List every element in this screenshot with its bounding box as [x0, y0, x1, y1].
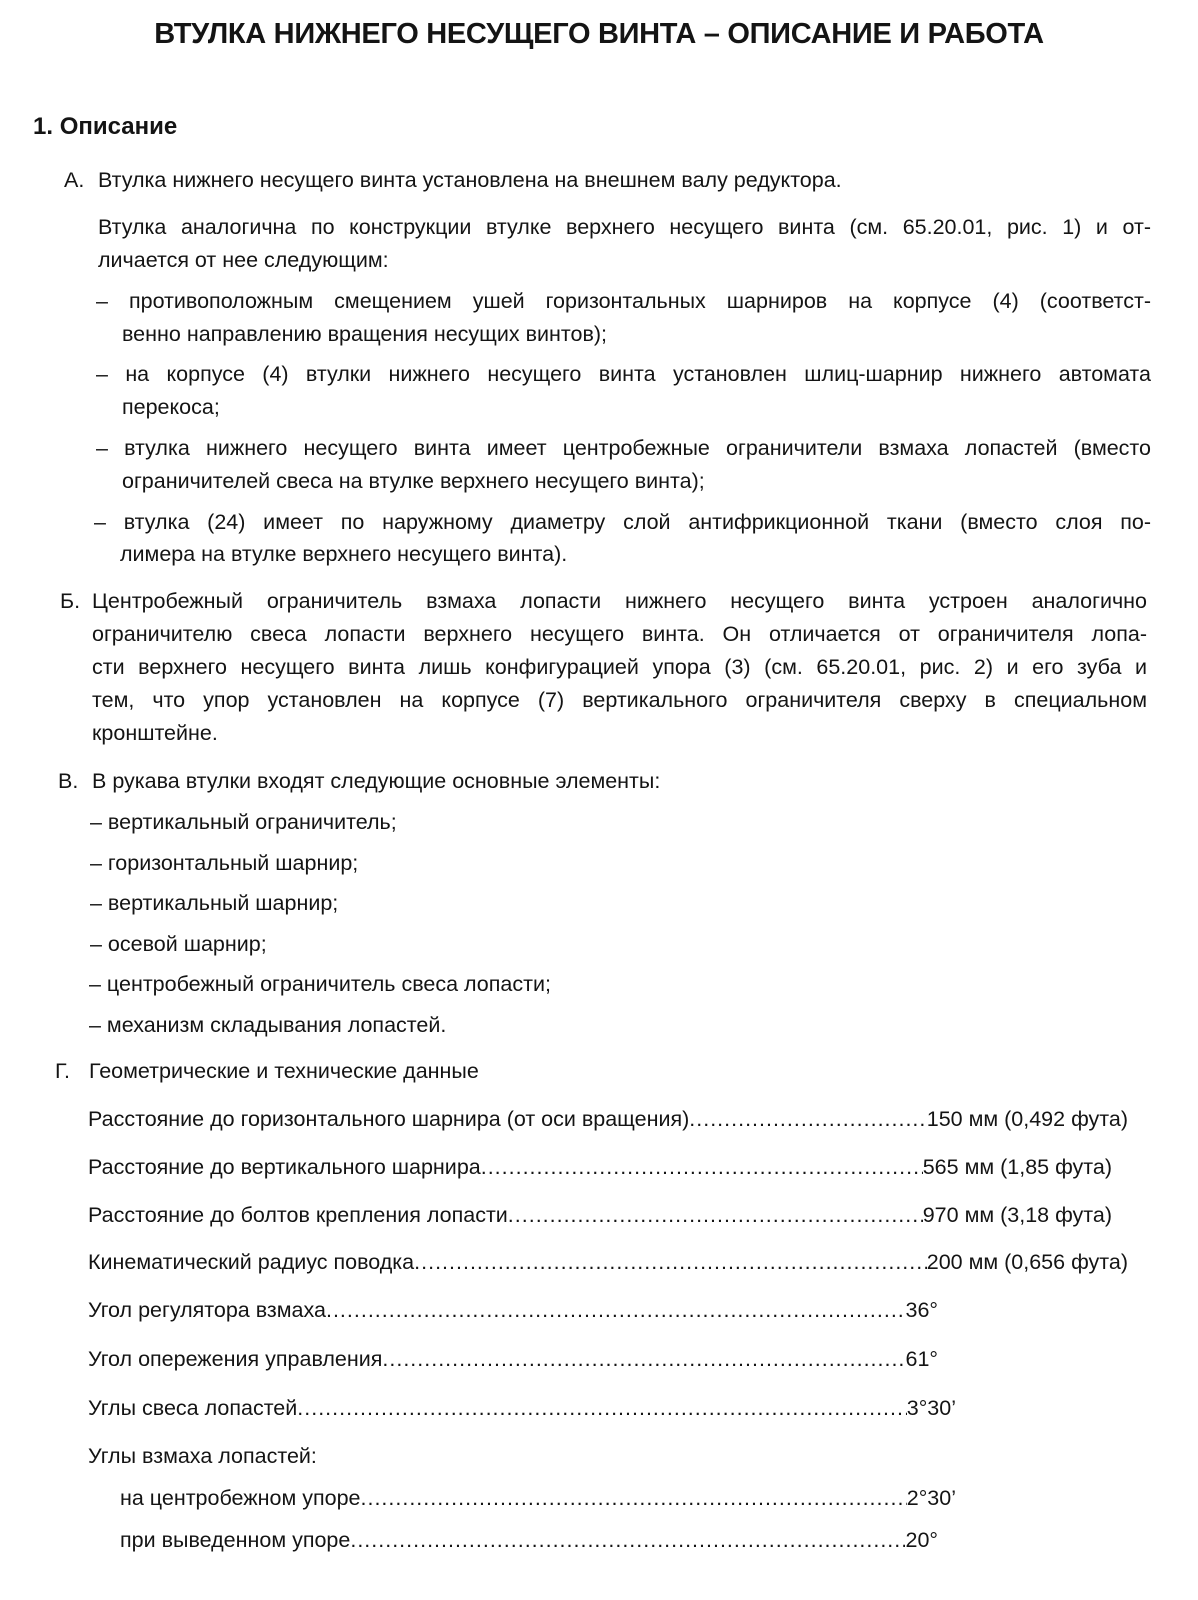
- leader-dots: [326, 1297, 906, 1323]
- list-item-cont: перекоса;: [122, 394, 220, 420]
- paragraph-line: Центробежный ограничитель взмаха лопасти…: [92, 588, 1147, 614]
- spec-value: 36°: [905, 1297, 938, 1323]
- spec-value: 3°30’: [907, 1395, 956, 1421]
- spec-row: Угол регулятора взмаха36°: [88, 1297, 938, 1323]
- paragraph-line: кронштейне.: [92, 720, 218, 746]
- list-item-cont: лимера на втулке верхнего несущего винта…: [120, 541, 567, 567]
- item-g-text: Геометрические и технические данные: [89, 1059, 479, 1083]
- spec-row: Расстояние до болтов крепления лопасти 9…: [88, 1202, 1112, 1228]
- spec-row: Углы свеса лопастей 3°30’: [88, 1395, 956, 1421]
- spec-label: Угол опережения управления: [88, 1346, 382, 1372]
- leader-dots: [382, 1346, 905, 1372]
- list-item-cont: венно направлению вращения несущих винто…: [122, 321, 607, 347]
- item-v-text: В рукава втулки входят следующие основны…: [92, 769, 660, 793]
- spec-row: Кинематический радиус поводка 200 мм (0,…: [88, 1249, 1128, 1275]
- spec-row: при выведенном упоре 20°: [120, 1527, 938, 1553]
- spec-value: 2°30’: [907, 1485, 956, 1511]
- list-item: – горизонтальный шарнир;: [90, 850, 358, 876]
- paragraph-line: тем, что упор установлен на корпусе (7) …: [92, 687, 1147, 713]
- list-item: – на корпусе (4) втулки нижнего несущего…: [96, 361, 1151, 387]
- section-title: Описание: [60, 113, 178, 140]
- list-item: – втулка (24) имеет по наружному диаметр…: [94, 509, 1151, 535]
- spec-value: 565 мм (1,85 фута): [923, 1154, 1112, 1180]
- list-item-cont: ограничителей свеса на втулке верхнего н…: [122, 468, 705, 494]
- spec-row: на центробежном упоре 2°30’: [120, 1485, 956, 1511]
- item-a-line: А.Втулка нижнего несущего винта установл…: [64, 167, 842, 193]
- list-item: – вертикальный шарнир;: [90, 890, 338, 916]
- spec-value: 20°: [905, 1527, 938, 1553]
- item-marker: Г.: [55, 1058, 89, 1084]
- list-item: – вертикальный ограничитель;: [90, 809, 397, 835]
- item-marker: А.: [64, 167, 98, 193]
- leader-dots: [350, 1527, 905, 1553]
- leader-dots: [361, 1485, 907, 1511]
- spec-value: 61°: [905, 1346, 938, 1372]
- item-a-text: Втулка нижнего несущего винта установлен…: [98, 168, 842, 192]
- list-item: – осевой шарнир;: [90, 931, 267, 957]
- leader-dots: [689, 1106, 926, 1132]
- item-g-line: Г.Геометрические и технические данные: [55, 1058, 479, 1084]
- leader-dots: [508, 1202, 923, 1228]
- leader-dots: [481, 1154, 923, 1180]
- list-item: – противоположным смещением ушей горизон…: [96, 288, 1151, 314]
- spec-value: 150 мм (0,492 фута): [927, 1106, 1128, 1132]
- spec-label: Угол регулятора взмаха: [88, 1297, 326, 1323]
- spec-label: Расстояние до вертикального шарнира: [88, 1154, 481, 1180]
- spec-label: Расстояние до горизонтального шарнира (о…: [88, 1106, 689, 1132]
- page-title: ВТУЛКА НИЖНЕГО НЕСУЩЕГО ВИНТА – ОПИСАНИЕ…: [0, 18, 1198, 51]
- spec-value: 970 мм (3,18 фута): [923, 1202, 1112, 1228]
- spec-label: Углы свеса лопастей: [88, 1395, 297, 1421]
- section-heading: 1. Описание: [33, 113, 177, 141]
- paragraph-line: ограничителю свеса лопасти верхнего несу…: [92, 621, 1147, 647]
- spec-row: Расстояние до горизонтального шарнира (о…: [88, 1106, 1128, 1132]
- spec-row: Расстояние до вертикального шарнира565 м…: [88, 1154, 1112, 1180]
- flap-angles-heading: Углы взмаха лопастей:: [88, 1443, 317, 1469]
- list-item: – центробежный ограничитель свеса лопаст…: [89, 971, 551, 997]
- list-item: – механизм складывания лопастей.: [89, 1012, 446, 1038]
- section-number: 1.: [33, 113, 53, 140]
- leader-dots: [297, 1395, 906, 1421]
- spec-row: Угол опережения управления 61°: [88, 1346, 938, 1372]
- paragraph-line: Втулка аналогична по конструкции втулке …: [98, 214, 1151, 240]
- paragraph-line: сти верхнего несущего винта лишь конфигу…: [92, 654, 1147, 680]
- leader-dots: [414, 1249, 927, 1275]
- spec-value: 200 мм (0,656 фута): [927, 1249, 1128, 1275]
- spec-label: Кинематический радиус поводка: [88, 1249, 414, 1275]
- item-b-marker: Б.: [60, 588, 80, 614]
- item-v-line: В.В рукава втулки входят следующие основ…: [58, 768, 660, 794]
- spec-label: Расстояние до болтов крепления лопасти: [88, 1202, 508, 1228]
- list-item: – втулка нижнего несущего винта имеет це…: [96, 435, 1151, 461]
- spec-label: на центробежном упоре: [120, 1485, 361, 1511]
- item-marker: В.: [58, 768, 92, 794]
- paragraph-line: личается от нее следующим:: [98, 247, 389, 273]
- spec-label: при выведенном упоре: [120, 1527, 350, 1553]
